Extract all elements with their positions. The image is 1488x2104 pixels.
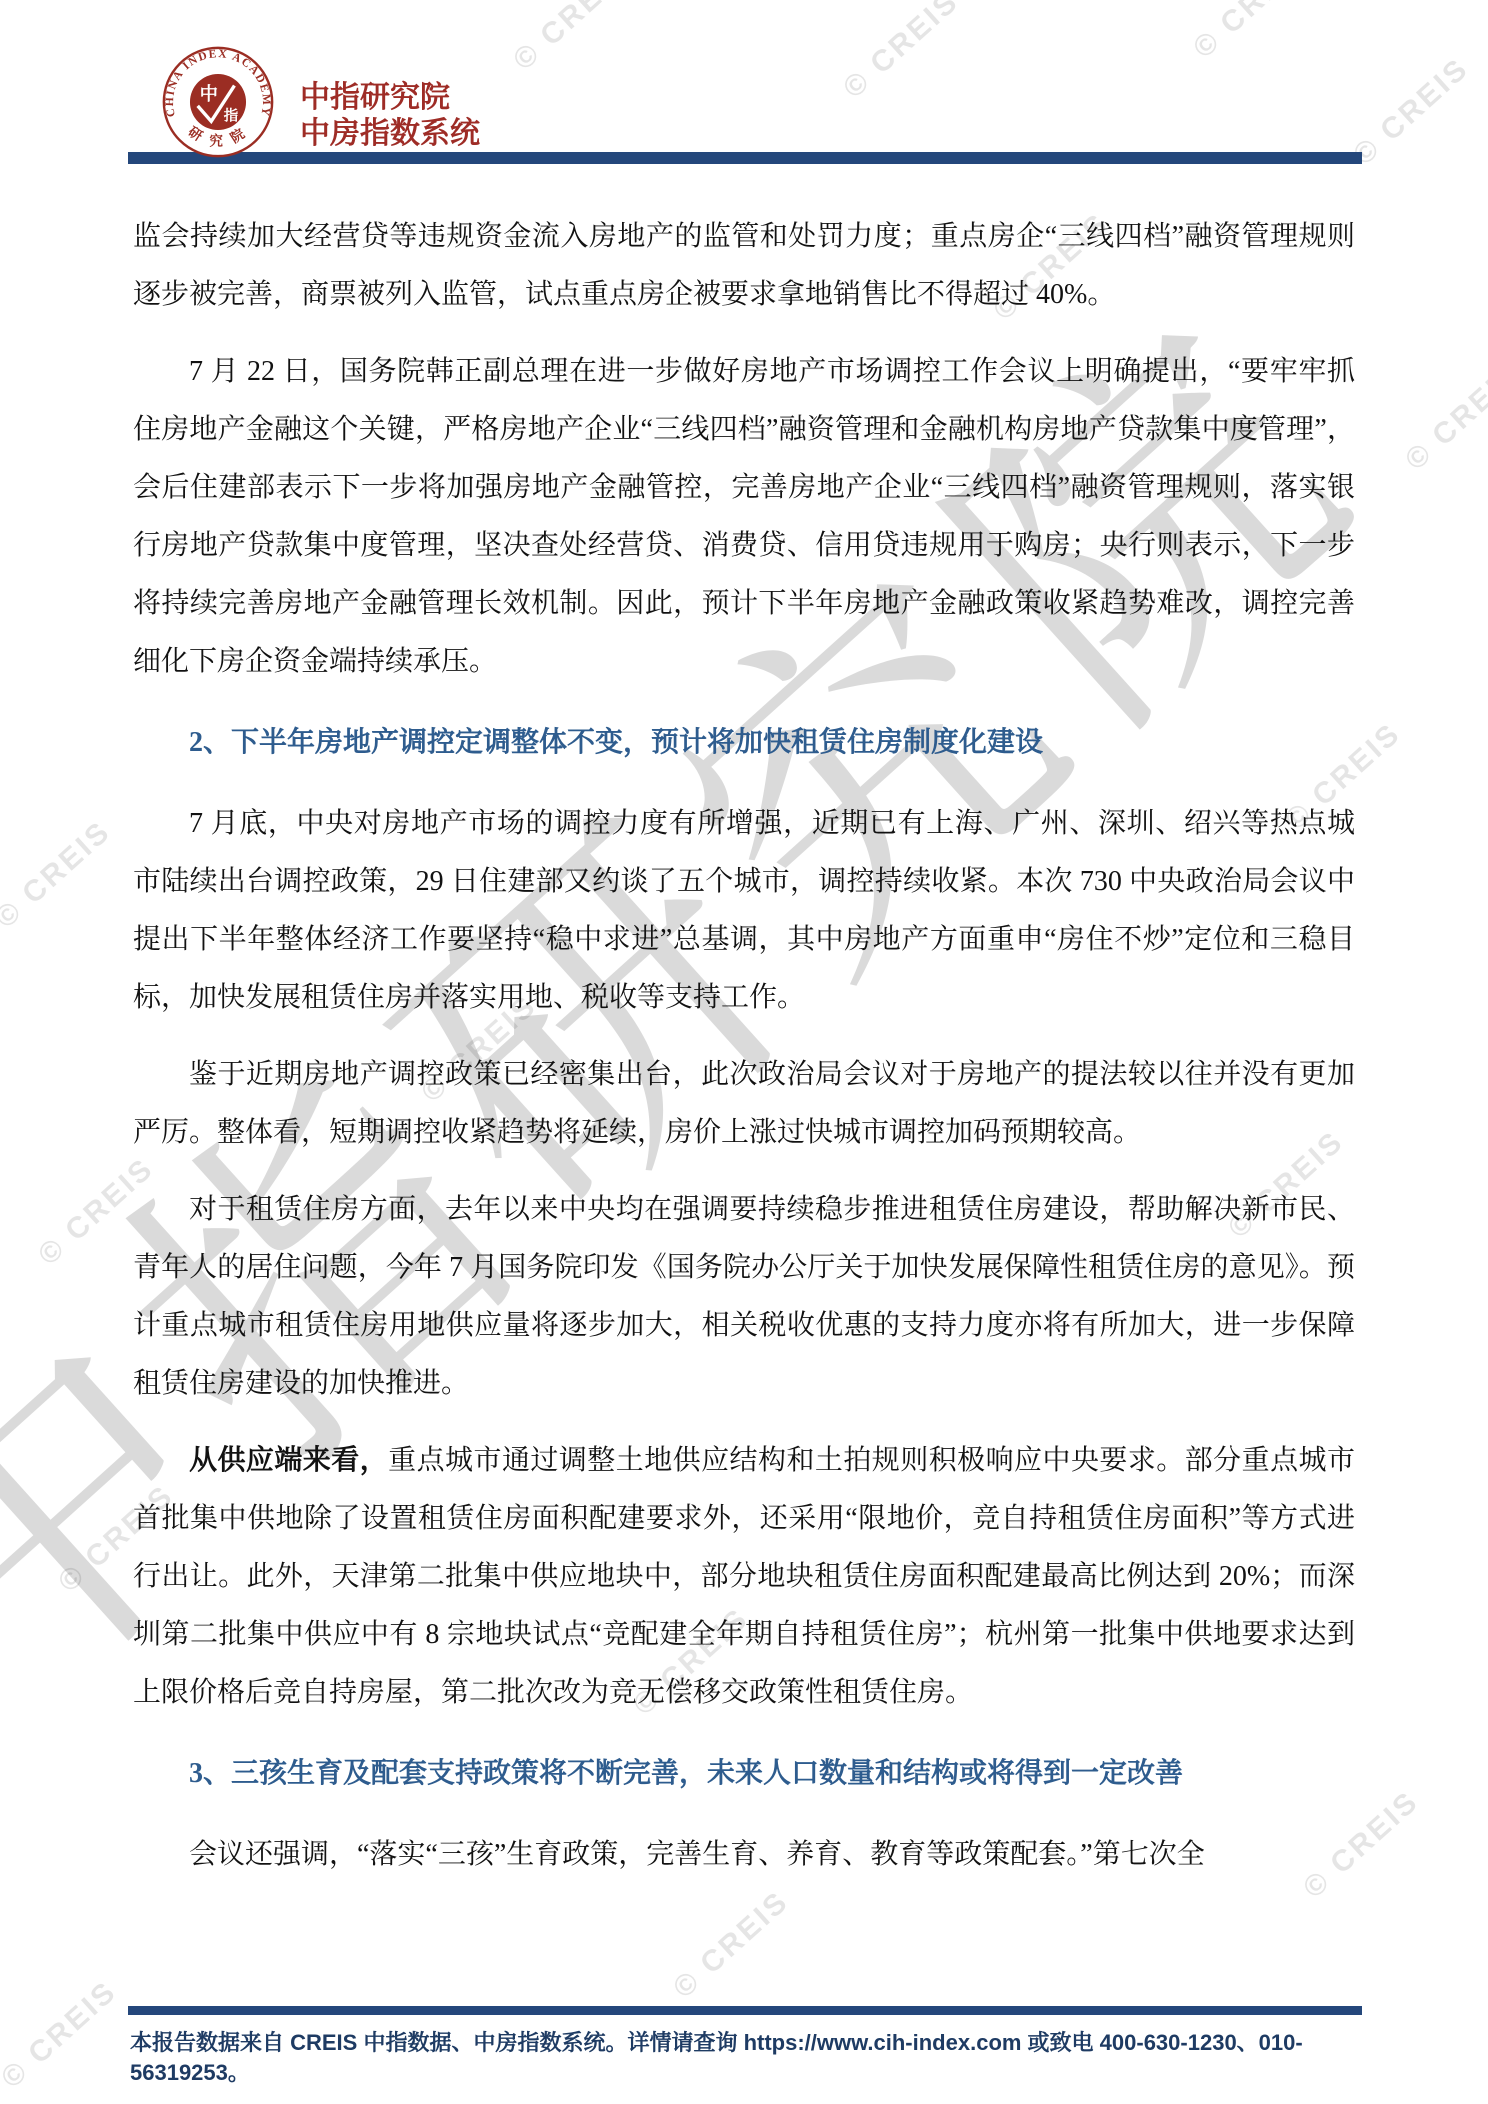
creis-watermark: © CREIS: [0, 814, 118, 935]
header-divider: [128, 152, 1362, 164]
creis-watermark: © CREIS: [1187, 0, 1316, 66]
brand-system-name: 中房指数系统: [300, 116, 480, 152]
section-heading-3: 3、三孩生育及配套支持政策将不断完善，未来人口数量和结构或将得到一定改善: [133, 1745, 1355, 1803]
body-paragraph: 7 月底，中央对房地产市场的调控力度有所增强，近期已有上海、广州、深圳、绍兴等热…: [133, 795, 1355, 1027]
footer-divider: [128, 2006, 1362, 2015]
logo-center-char-2: 指: [224, 107, 239, 124]
body-paragraph: 7 月 22 日，国务院韩正副总理在进一步做好房地产市场调控工作会议上明确提出，…: [133, 343, 1355, 691]
document-body: 监会持续加大经营贷等违规资金流入房地产的监管和处罚力度；重点房企“三线四档”融资…: [133, 208, 1355, 1903]
section-heading-2: 2、下半年房地产调控定调整体不变，预计将加快租赁住房制度化建设: [133, 714, 1355, 772]
body-paragraph: 监会持续加大经营贷等违规资金流入房地产的监管和处罚力度；重点房企“三线四档”融资…: [133, 208, 1355, 324]
creis-watermark: © CREIS: [1347, 51, 1476, 172]
creis-watermark: © CREIS: [0, 1974, 124, 2095]
paragraph-bold-lead: 从供应端来看，: [189, 1445, 388, 1476]
logo-center-char-1: 中: [200, 83, 218, 104]
paragraph-text: 重点城市通过调整土地供应结构和土拍规则积极响应中央要求。部分重点城市首批集中供地…: [133, 1445, 1355, 1708]
brand-block: 中指研究院 中房指数系统: [300, 80, 480, 152]
body-paragraph: 从供应端来看，重点城市通过调整土地供应结构和土拍规则积极响应中央要求。部分重点城…: [133, 1432, 1355, 1722]
body-paragraph: 对于租赁住房方面，去年以来中央均在强调要持续稳步推进租赁住房建设，帮助解决新市民…: [133, 1181, 1355, 1413]
creis-watermark: © CREIS: [507, 0, 636, 78]
report-page: 中指研究院 © CREIS © CREIS © CREIS © CREIS © …: [0, 0, 1488, 2104]
footer-note: 本报告数据来自 CREIS 中指数据、中房指数系统。详情请查询 https://…: [130, 2028, 1365, 2088]
body-paragraph: 鉴于近期房地产调控政策已经密集出台，此次政治局会议对于房地产的提法较以往并没有更…: [133, 1046, 1355, 1162]
body-paragraph: 会议还强调，“落实“三孩”生育政策，完善生育、养育、教育等政策配套。”第七次全: [133, 1826, 1355, 1884]
creis-watermark: © CREIS: [837, 0, 966, 106]
brand-org-name: 中指研究院: [300, 80, 480, 116]
china-index-academy-logo: CHINA INDEX ACADEMY 研 究 院 中 指: [160, 44, 276, 160]
creis-watermark: © CREIS: [1399, 356, 1488, 477]
